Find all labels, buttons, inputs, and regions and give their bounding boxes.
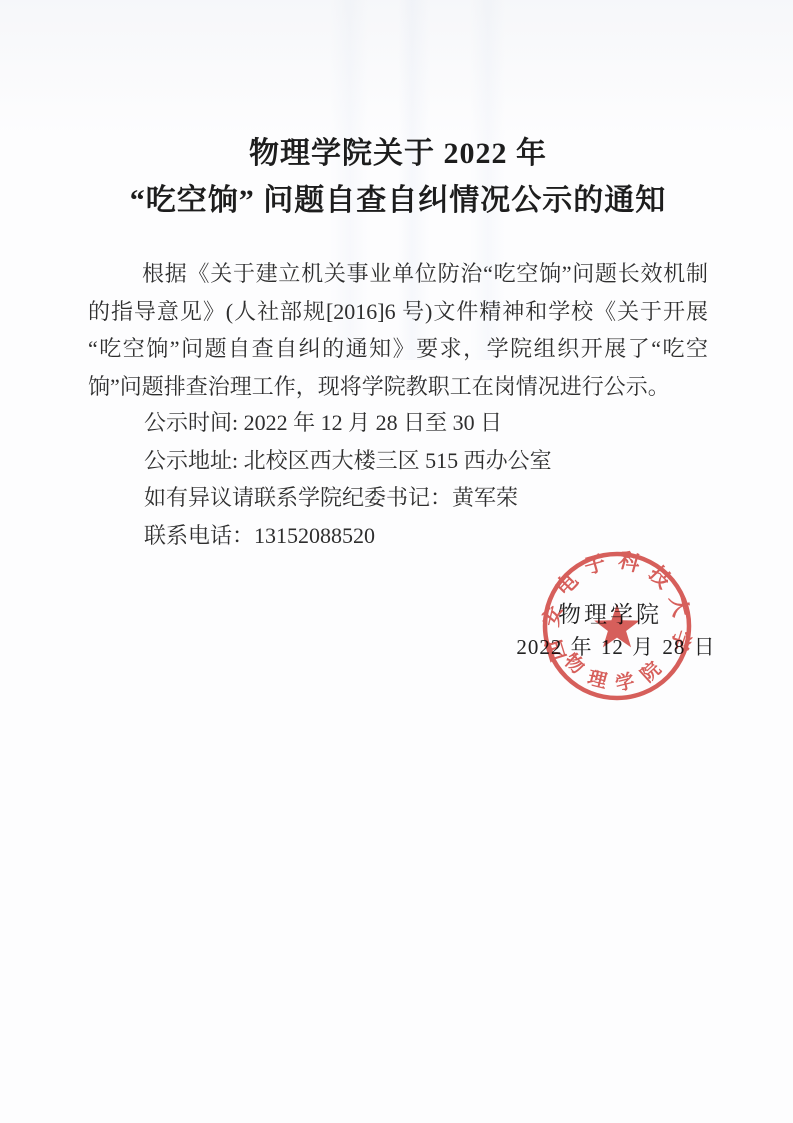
notice-title: 物理学院关于 2022 年 “吃空饷” 问题自查自纠情况公示的通知 <box>78 130 718 224</box>
paragraph-line-3: “吃空饷”问题自查自纠的通知》要求，学院组织开展了“吃空 <box>88 330 708 368</box>
objection-contact-line: 如有异议请联系学院纪委书记：黄军荣 <box>88 479 708 517</box>
paragraph-line-4: 饷”问题排查治理工作，现将学院教职工在岗情况进行公示。 <box>88 368 708 406</box>
notice-body-paragraph: 根据《关于建立机关事业单位防治“吃空饷”问题长效机制 的指导意见》(人社部规[2… <box>88 255 708 405</box>
seal-star-icon <box>594 604 640 647</box>
notice-title-line-1: 物理学院关于 2022 年 <box>78 130 718 177</box>
notice-title-line-2: “吃空饷” 问题自查自纠情况公示的通知 <box>78 177 718 224</box>
seal-graphic: 西安电子科技大学 物理学院 <box>537 547 697 707</box>
scanned-notice-page: 物理学院关于 2022 年 “吃空饷” 问题自查自纠情况公示的通知 根据《关于建… <box>0 0 793 1123</box>
notice-info-lines: 公示时间: 2022 年 12 月 28 日至 30 日 公示地址: 北校区西大… <box>88 404 708 554</box>
seal-bottom-arc-label: 物理学院 <box>560 649 675 696</box>
publicity-time-line: 公示时间: 2022 年 12 月 28 日至 30 日 <box>88 404 708 442</box>
paragraph-line-1: 根据《关于建立机关事业单位防治“吃空饷”问题长效机制 <box>88 255 708 293</box>
publicity-address-line: 公示地址: 北校区西大楼三区 515 西办公室 <box>88 442 708 480</box>
official-seal-stamp: 西安电子科技大学 物理学院 <box>537 547 697 707</box>
paragraph-line-2: 的指导意见》(人社部规[2016]6 号)文件精神和学校《关于开展 <box>88 293 708 331</box>
